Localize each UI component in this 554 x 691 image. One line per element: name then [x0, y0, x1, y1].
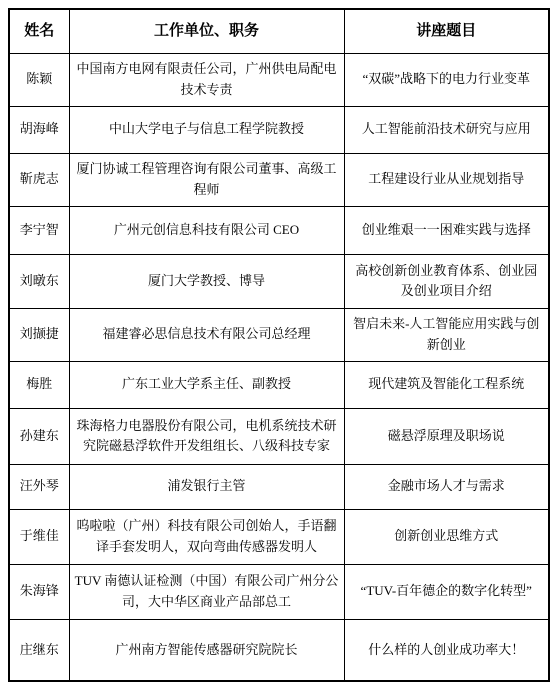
affiliation-cell: 浦发银行主管	[69, 464, 344, 509]
name-cell: 刘撷捷	[9, 308, 69, 361]
topic-cell: 工程建设行业从业规划指导	[344, 153, 549, 206]
topic-cell: 高校创新创业教育体系、创业园及创业项目介绍	[344, 254, 549, 308]
lecture-schedule-table: 姓名 工作单位、职务 讲座题目 陈颖 中国南方电网有限责任公司，广州供电局配电技…	[8, 8, 550, 682]
topic-cell: 创业维艰一一困难实践与选择	[344, 206, 549, 254]
affiliation-cell: TUV 南德认证检测（中国）有限公司广州分公司，大中华区商业产品部总工	[69, 564, 344, 619]
affiliation-cell: 福建睿必思信息技术有限公司总经理	[69, 308, 344, 361]
name-cell: 庄继东	[9, 619, 69, 681]
topic-cell: 智启未来-人工智能应用实践与创新创业	[344, 308, 549, 361]
affiliation-cell: 广州元创信息科技有限公司 CEO	[69, 206, 344, 254]
document-page: 姓名 工作单位、职务 讲座题目 陈颖 中国南方电网有限责任公司，广州供电局配电技…	[0, 0, 554, 691]
affiliation-cell: 中山大学电子与信息工程学院教授	[69, 106, 344, 153]
table-row: 李宁智 广州元创信息科技有限公司 CEO 创业维艰一一困难实践与选择	[9, 206, 549, 254]
topic-cell: 现代建筑及智能化工程系统	[344, 361, 549, 408]
table-row: 胡海峰 中山大学电子与信息工程学院教授 人工智能前沿技术研究与应用	[9, 106, 549, 153]
table-row: 孙建东 珠海格力电器股份有限公司，电机系统技术研究院磁悬浮软件开发组组长、八级科…	[9, 408, 549, 464]
table-row: 庄继东 广州南方智能传感器研究院院长 什么样的人创业成功率大！	[9, 619, 549, 681]
topic-cell: “TUV-百年德企的数字化转型”	[344, 564, 549, 619]
table-row: 刘暾东 厦门大学教授、博导 高校创新创业教育体系、创业园及创业项目介绍	[9, 254, 549, 308]
name-cell: 刘暾东	[9, 254, 69, 308]
affiliation-cell: 厦门大学教授、博导	[69, 254, 344, 308]
header-affiliation: 工作单位、职务	[69, 9, 344, 53]
affiliation-cell: 厦门协诚工程管理咨询有限公司董事、高级工程师	[69, 153, 344, 206]
name-cell: 陈颖	[9, 53, 69, 106]
name-cell: 于维佳	[9, 509, 69, 564]
table-row: 刘撷捷 福建睿必思信息技术有限公司总经理 智启未来-人工智能应用实践与创新创业	[9, 308, 549, 361]
affiliation-cell: 广州南方智能传感器研究院院长	[69, 619, 344, 681]
topic-cell: 人工智能前沿技术研究与应用	[344, 106, 549, 153]
table-row: 朱海锋 TUV 南德认证检测（中国）有限公司广州分公司，大中华区商业产品部总工 …	[9, 564, 549, 619]
affiliation-cell: 珠海格力电器股份有限公司，电机系统技术研究院磁悬浮软件开发组组长、八级科技专家	[69, 408, 344, 464]
table-row: 于维佳 呜啦啦（广州）科技有限公司创始人，手语翻译手套发明人，双向弯曲传感器发明…	[9, 509, 549, 564]
affiliation-cell: 广东工业大学系主任、副教授	[69, 361, 344, 408]
name-cell: 靳虎志	[9, 153, 69, 206]
table-row: 陈颖 中国南方电网有限责任公司，广州供电局配电技术专责 “双碳”战略下的电力行业…	[9, 53, 549, 106]
table-row: 梅胜 广东工业大学系主任、副教授 现代建筑及智能化工程系统	[9, 361, 549, 408]
name-cell: 李宁智	[9, 206, 69, 254]
topic-cell: 磁悬浮原理及职场说	[344, 408, 549, 464]
header-name: 姓名	[9, 9, 69, 53]
table-row: 汪外琴 浦发银行主管 金融市场人才与需求	[9, 464, 549, 509]
name-cell: 汪外琴	[9, 464, 69, 509]
name-cell: 梅胜	[9, 361, 69, 408]
topic-cell: 什么样的人创业成功率大！	[344, 619, 549, 681]
table-row: 靳虎志 厦门协诚工程管理咨询有限公司董事、高级工程师 工程建设行业从业规划指导	[9, 153, 549, 206]
affiliation-cell: 呜啦啦（广州）科技有限公司创始人，手语翻译手套发明人，双向弯曲传感器发明人	[69, 509, 344, 564]
topic-cell: 金融市场人才与需求	[344, 464, 549, 509]
topic-cell: “双碳”战略下的电力行业变革	[344, 53, 549, 106]
affiliation-cell: 中国南方电网有限责任公司，广州供电局配电技术专责	[69, 53, 344, 106]
header-topic: 讲座题目	[344, 9, 549, 53]
name-cell: 朱海锋	[9, 564, 69, 619]
name-cell: 孙建东	[9, 408, 69, 464]
name-cell: 胡海峰	[9, 106, 69, 153]
topic-cell: 创新创业思维方式	[344, 509, 549, 564]
header-row: 姓名 工作单位、职务 讲座题目	[9, 9, 549, 53]
